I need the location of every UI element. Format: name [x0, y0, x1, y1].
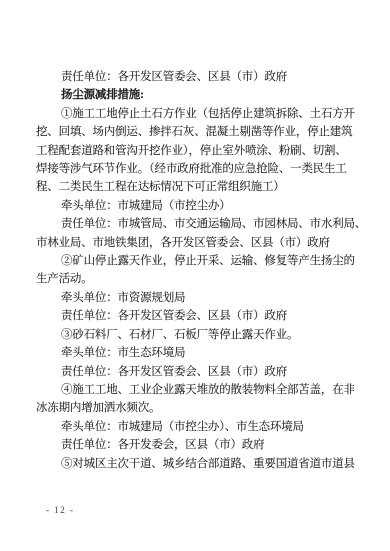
text-line: 挖、回填、场内倒运、掺拌石灰、混凝土剔凿等作业，停止建筑	[36, 123, 358, 141]
text-line: 冰冻期内增加洒水频次。	[36, 399, 358, 417]
text-line: 责任单位：各开发区管委会、区县（市）政府	[36, 68, 358, 86]
text-line: 牵头单位：市城建局（市控尘办）、市生态环境局	[36, 418, 358, 436]
document-body: 责任单位：各开发区管委会、区县（市）政府扬尘源减排措施:①施工工地停止土石方作业…	[36, 68, 358, 473]
text-line: ⑤对城区主次干道、城乡结合部道路、重要国道省道市道县	[36, 455, 358, 473]
document-page: 责任单位：各开发区管委会、区县（市）政府扬尘源减排措施:①施工工地停止土石方作业…	[0, 0, 390, 551]
text-line: 扬尘源减排措施:	[36, 86, 358, 104]
text-line: 责任单位：各开发区管委会、区县（市）政府	[36, 307, 358, 325]
text-line: ④施工工地、工业企业露天堆放的散装物料全部苫盖，在非	[36, 381, 358, 399]
text-line: ②矿山停止露天作业，停止开采、运输、修复等产生扬尘的	[36, 252, 358, 270]
text-line: ③砂石料厂、石材厂、石板厂等停止露天作业。	[36, 326, 358, 344]
text-line: 牵头单位：市城建局（市控尘办）	[36, 197, 358, 215]
text-line: 生产活动。	[36, 270, 358, 288]
text-line: 市林业局、市地铁集团，各开发区管委会、区县（市）政府	[36, 234, 358, 252]
text-line: 工程配套道路和管沟开挖作业），停止室外喷涂、粉刷、切割、	[36, 142, 358, 160]
text-line: 程、二类民生工程在达标情况下可正常组织施工）	[36, 178, 358, 196]
text-line: 牵头单位：市生态环境局	[36, 344, 358, 362]
page-number: - 12 -	[46, 505, 75, 515]
text-line: 责任单位：各开发委会，区县（市）政府	[36, 436, 358, 454]
text-line: 牵头单位：市资源规划局	[36, 289, 358, 307]
text-line: 责任单位：各开发区管委会、区县（市）政府	[36, 363, 358, 381]
text-line: 责任单位：市城管局、市交通运输局、市园林局、市水利局、	[36, 215, 358, 233]
text-line: ①施工工地停止土石方作业（包括停止建筑拆除、土石方开	[36, 105, 358, 123]
text-line: 焊接等涉气环节作业。（经市政府批准的应急抢险、一类民生工	[36, 160, 358, 178]
